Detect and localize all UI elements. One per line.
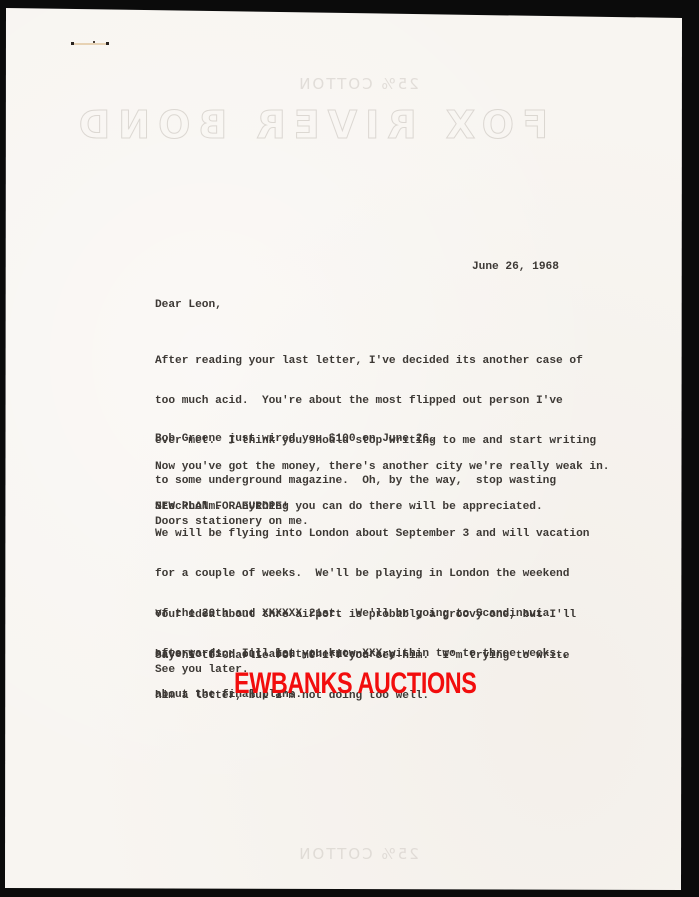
paragraph-line: Say hi to Charlie for me iff you see him…	[155, 650, 569, 663]
letter-date: June 26, 1968	[472, 261, 559, 274]
staple-dot	[93, 41, 95, 43]
paragraph-line: After reading your last letter, I've dec…	[155, 355, 596, 368]
staple-hole-mark	[71, 43, 109, 45]
auction-house-watermark: EWBANKS AUCTIONS	[234, 666, 476, 702]
paper-watermark-cotton-bottom: 25% COTTON	[268, 845, 448, 863]
letter-salutation: Dear Leon,	[155, 299, 222, 312]
paragraph-line: for a couple of weeks. We'll be playing …	[155, 568, 589, 581]
paper-watermark-brand: FOX RIVER BOND	[168, 103, 548, 147]
paper-watermark-cotton-top: 25% COTTON	[268, 75, 448, 93]
letter-paper: 25% COTTON FOX RIVER BOND 25% COTTON Jun…	[0, 0, 699, 897]
paragraph-line: Your idea about thre airport is probably…	[155, 609, 576, 622]
paragraph-line: We will be flying into London about Sept…	[155, 528, 589, 541]
paragraph-line: Now you've got the money, there's anothe…	[155, 461, 609, 474]
scan-background: 25% COTTON FOX RIVER BOND 25% COTTON Jun…	[0, 0, 699, 897]
